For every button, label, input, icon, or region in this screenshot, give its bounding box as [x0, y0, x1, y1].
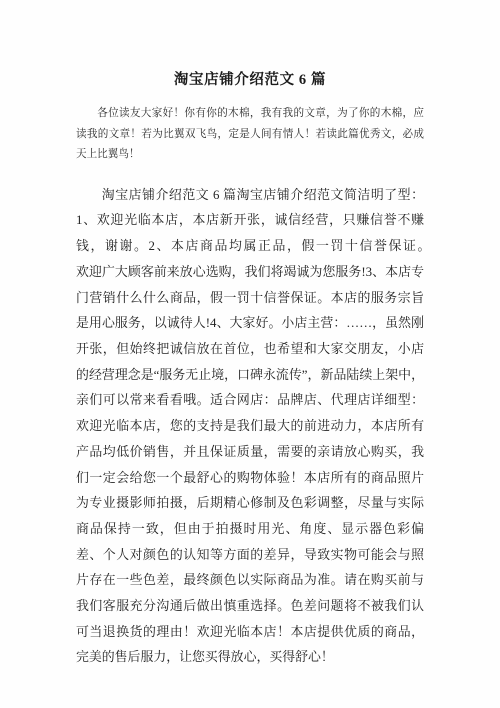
intro-paragraph: 各位读友大家好！你有你的木棉，我有我的文章，为了你的木棉，应读我的文章！若为比翼…: [76, 104, 424, 166]
document-title: 淘宝店铺介绍范文 6 篇: [0, 0, 500, 90]
body-paragraph: 淘宝店铺介绍范文 6 篇淘宝店铺介绍范文简洁明了型：1、欢迎光临本店，本店新开张…: [76, 183, 424, 671]
document-page: 淘宝店铺介绍范文 6 篇 各位读友大家好！你有你的木棉，我有我的文章，为了你的木…: [0, 0, 500, 708]
